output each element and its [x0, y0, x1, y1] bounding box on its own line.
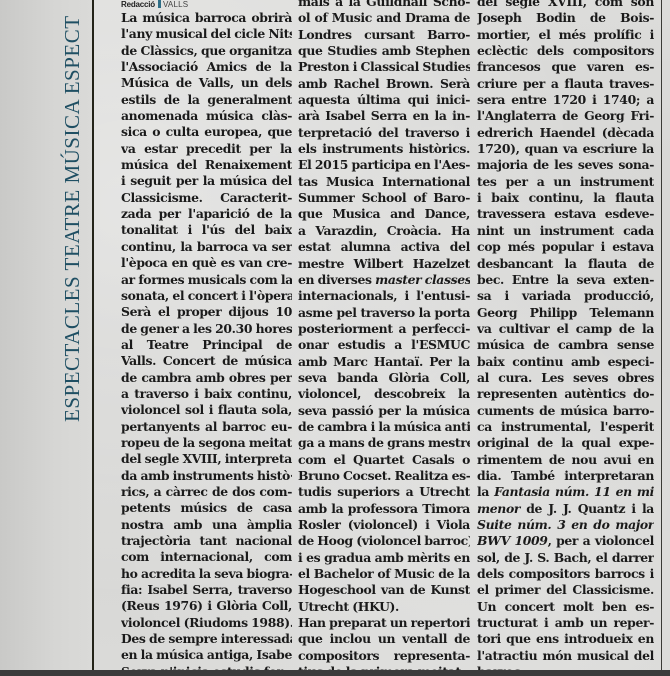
text-line: dia. També interpretaran: [477, 468, 654, 484]
text-line: francesos que varen es-: [477, 59, 654, 75]
text-line: Des de sempre interessada: [121, 631, 292, 647]
text-line: al cura. Les seves obres: [477, 370, 654, 386]
italic-title: master classes: [375, 272, 470, 287]
text-line: que inclou un ventall de: [298, 631, 470, 647]
text-line: Summer School of Baro-: [298, 190, 470, 206]
text-line: sera entre 1720 i 1740; a: [477, 92, 654, 108]
text-line: Londres cursant Barro-: [298, 27, 470, 43]
text-line: original de la qual expe-: [477, 435, 654, 451]
text-line: ca instrumental, l'esperit: [477, 419, 654, 435]
text-line: bec. Entre la seva exten-: [477, 272, 654, 288]
text-line: l'Associació Amics de la: [121, 59, 292, 75]
text-line: internacionals, i l'entusi-: [298, 288, 470, 304]
text-line: amb la professora Timora: [298, 501, 470, 517]
text-line: ar formes musicals com la: [121, 272, 292, 288]
text-line: Han preparat un repertori: [298, 615, 470, 631]
italic-title: Suite núm. 3 en do major: [477, 517, 654, 532]
text-line: ol of Music and Drama de: [298, 10, 470, 26]
text-line: seva passió per la música: [298, 403, 470, 419]
text-line: l'any musical del cicle Nits: [121, 26, 292, 42]
text-line: travessera estava esdeve-: [477, 206, 654, 222]
text-line: el primer del Classicisme.: [477, 582, 654, 598]
text-line: tas Musica International: [298, 174, 470, 190]
text-line: ga a mans de grans mestres: [298, 435, 470, 451]
article-column-1: La música barroca obriràl'any musical de…: [121, 10, 292, 676]
text-line: va estar precedit per la: [121, 141, 292, 157]
text-line: trajectòria tant nacional: [121, 533, 292, 549]
text-line: violoncel sol i flauta sola,: [121, 402, 292, 418]
text-line: arà Isabel Serra en la in-: [298, 108, 470, 124]
text-line: Valls. Concert de música: [121, 353, 292, 369]
text-line: sonata, el concert i l'òpera.: [121, 288, 292, 304]
text-line: tori que ens introdueix en: [477, 631, 654, 647]
text-line: música de cambra sense: [477, 337, 654, 353]
text-line: terpretació del traverso i: [298, 125, 470, 141]
text-line: amb Marc Hantaï. Per la: [298, 354, 470, 370]
text-line: Preston i Classical Studies: [298, 59, 470, 75]
section-label: ESPECTACLES TEATRE MÚSICA ESPECT: [58, 0, 86, 676]
text-line: mestre Wilbert Hazelzet: [298, 256, 470, 272]
text-line: desbancant la flauta de: [477, 256, 654, 272]
byline-place: VALLS: [163, 0, 188, 9]
text-line: l'Anglaterra de Georg Fri-: [477, 108, 654, 124]
article-column-3: del segle XVIII, com sónJoseph Bodin de …: [477, 0, 654, 676]
text-line: de cambra i la música anti-: [298, 419, 470, 435]
text-line: continu, la barroca va ser: [121, 239, 292, 255]
text-line: baix continu amb especi-: [477, 354, 654, 370]
text-line: el Bachelor of Music de la: [298, 566, 470, 582]
text-line: tonalitat i l'ús del baix: [121, 222, 292, 238]
text-line: sa i variada producció,: [477, 288, 654, 304]
text-line: zada per l'aparició de la: [121, 206, 292, 222]
text-line: petents músics de casa: [121, 500, 292, 516]
text-line: criure per a flauta traves-: [477, 76, 654, 92]
text-line: en diverses master classes: [298, 272, 470, 288]
byline: RedaccióVALLS: [121, 0, 188, 9]
text-line: majoria de les seves sona-: [477, 157, 654, 173]
text-line: de Hoog (violoncel barroc),: [298, 533, 470, 549]
text-line: dels compositors barrocs i: [477, 566, 654, 582]
text-line: nint un instrument cada: [477, 223, 654, 239]
text-line: representen autèntics do-: [477, 386, 654, 402]
text-line: rimentem de nou avui en: [477, 452, 654, 468]
text-line: seva banda Glòria Coll,: [298, 370, 470, 386]
text-line: eclèctic dels compositors: [477, 43, 654, 59]
text-line: al Teatre Principal de: [121, 337, 292, 353]
text-line: tes per a un instrument: [477, 174, 654, 190]
text-line: Rosler (violoncel) i Viola: [298, 517, 470, 533]
text-line: estils de la generalment: [121, 92, 292, 108]
text-line: tructurat i amb un reper-: [477, 615, 654, 631]
text-line: ho acredita la seva biogra-: [121, 566, 292, 582]
text-line: Utrecht (HKU).: [298, 599, 470, 615]
article-column-2: mals a la Guildhall Scho-ol of Music and…: [298, 0, 470, 676]
text-line: onar estudis a l'ESMUC: [298, 337, 470, 353]
italic-title: Fantasia núm. 11 en mi: [494, 484, 654, 499]
text-line: La música barroca obrirà: [121, 10, 292, 26]
text-line: Música de Valls, un dels: [121, 75, 292, 91]
text-line: cop més popular i estava: [477, 239, 654, 255]
text-line: anomenada música clàs-: [121, 108, 292, 124]
text-line: que Studies amb Stephen: [298, 43, 470, 59]
text-line: l'època en què es van cre-: [121, 255, 292, 271]
text-line: sol, de J. S. Bach, el darrer: [477, 550, 654, 566]
text-line: fia: Isabel Serra, traverso: [121, 582, 292, 598]
text-line: edrerich Haendel (dècada: [477, 125, 654, 141]
text-line: 1720), quan va escriure la: [477, 141, 654, 157]
text-line: l'atractiu món musical del: [477, 648, 654, 664]
text-line: menor de J. J. Quantz i la: [477, 501, 654, 517]
text-line: da amb instruments histò·: [121, 468, 292, 484]
text-line: a traverso i baix continu,: [121, 386, 292, 402]
text-line: els instruments històrics.: [298, 141, 470, 157]
text-line: violoncel (Riudoms 1988).: [121, 615, 292, 631]
newspaper-page: ESPECTACLES TEATRE MÚSICA ESPECT Redacci…: [0, 0, 670, 676]
page-bottom-edge: [0, 670, 670, 676]
text-line: mals a la Guildhall Scho-: [298, 0, 470, 10]
text-line: de gener a les 20.30 hores,: [121, 321, 292, 337]
text-line: va cultivar el camp de la: [477, 321, 654, 337]
text-line: El 2015 participa en l'Aes-: [298, 157, 470, 173]
byline-author: Redacció: [121, 0, 155, 9]
italic-title: menor: [477, 501, 520, 516]
text-line: rics, a càrrec de dos com-: [121, 484, 292, 500]
text-line: asme pel traverso la porta: [298, 305, 470, 321]
text-line: que Musica and Dance,: [298, 206, 470, 222]
byline-separator: [158, 0, 161, 8]
text-line: a Varazdin, Croàcia. Ha: [298, 223, 470, 239]
text-line: BWV 1009, per a violoncel: [477, 533, 654, 549]
text-line: Suite núm. 3 en do major: [477, 517, 654, 533]
text-line: Classicisme. Caracterit-: [121, 190, 292, 206]
column-rule-left: [92, 0, 94, 674]
text-line: Un concert molt ben es-: [477, 599, 654, 615]
text-line: tudis superiors a Utrecht: [298, 484, 470, 500]
text-line: Bruno Cocset. Realitza es-: [298, 468, 470, 484]
italic-title: BWV 1009: [477, 533, 548, 548]
text-line: com internacional, com: [121, 549, 292, 565]
text-line: Joseph Bodin de Bois-: [477, 10, 654, 26]
text-line: i baix continu, la flauta: [477, 190, 654, 206]
text-line: com el Quartet Casals o: [298, 452, 470, 468]
text-line: posteriorment a perfecci-: [298, 321, 470, 337]
text-line: compositors representa-: [298, 648, 470, 664]
text-line: (Reus 1976) i Glòria Coll,: [121, 598, 292, 614]
text-line: la Fantasia núm. 11 en mi: [477, 484, 654, 500]
text-line: Serà el proper dijous 10: [121, 304, 292, 320]
text-line: amb Rachel Brown. Serà: [298, 76, 470, 92]
text-line: violoncel, descobreix la: [298, 386, 470, 402]
text-line: música del Renaixement: [121, 157, 292, 173]
text-line: Hogeschool van de Kunst: [298, 582, 470, 598]
text-line: aquesta última qui inici-: [298, 92, 470, 108]
text-line: del segle XVIII, interpreta-: [121, 451, 292, 467]
text-line: en la música antiga, Isabel: [121, 647, 292, 663]
text-line: pertanyents al barroc eu-: [121, 419, 292, 435]
text-line: i es gradua amb mèrits en: [298, 550, 470, 566]
text-line: i seguit per la música del: [121, 173, 292, 189]
text-line: de cambra amb obres per: [121, 370, 292, 386]
text-line: estat alumna activa del: [298, 239, 470, 255]
text-line: Georg Philipp Telemann: [477, 305, 654, 321]
column-rule-right: [661, 0, 662, 670]
text-line: sica o culta europea, que: [121, 124, 292, 140]
text-line: nostra amb una àmplia: [121, 517, 292, 533]
text-line: ropeu de la segona meitat: [121, 435, 292, 451]
text-line: mortier, el més prolífic i: [477, 27, 654, 43]
text-line: de Clàssics, que organitza: [121, 43, 292, 59]
text-line: del segle XVIII, com són: [477, 0, 654, 10]
text-line: cuments de música barro-: [477, 403, 654, 419]
